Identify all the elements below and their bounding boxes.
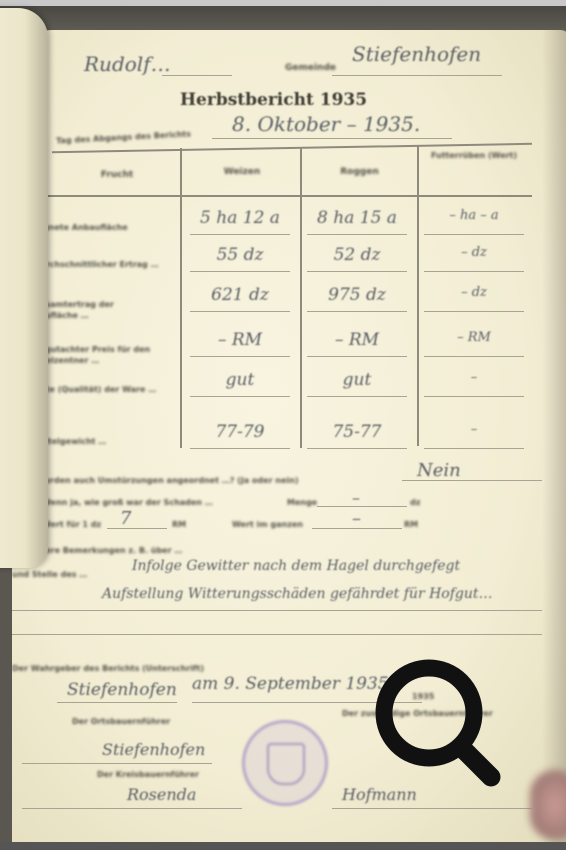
table-cell: 77-79 [190, 422, 290, 442]
question-7d-value: – [352, 508, 361, 529]
table-cell: – RM [190, 330, 290, 350]
table-cell: – RM [307, 330, 407, 350]
magnifier-icon[interactable] [369, 655, 509, 795]
table-cell: 52 dz [307, 245, 407, 265]
column-header-futter: Futterrüben (Wert) [424, 150, 524, 161]
table-cell: 55 dz [190, 245, 290, 265]
remarks-line-2: Aufstellung Witterungsschäden gefährdet … [102, 586, 493, 602]
question-7d-label: Wert im ganzen [232, 520, 303, 529]
role-ortsbauernfuehrer: Der Ortsbauernführer [72, 717, 170, 726]
table-cell: 8 ha 15 a [307, 208, 407, 228]
question-7b-value: – [352, 488, 360, 507]
question-7c-label: Wert für 1 dz [42, 520, 101, 529]
signature-date: am 9. September 1935 [192, 674, 389, 694]
remarks-line-1: Infolge Gewitter nach dem Hagel durchgef… [132, 558, 460, 574]
gemeinde-value: Stiefenhofen [352, 42, 481, 66]
table-cell: 975 dz [307, 285, 407, 305]
signature-place-label: Der Wahrgeber des Berichts (Unterschrift… [12, 664, 204, 673]
question-7d-unit: RM [404, 520, 418, 529]
question-7c-unit: RM [172, 520, 186, 529]
document-title: Herbstbericht 1935 [180, 90, 367, 110]
column-header-frucht: Frucht [62, 170, 172, 180]
date-value: 8. Oktober – 1935. [232, 112, 420, 136]
signature-1: Stiefenhofen [102, 740, 205, 759]
table-cell: 5 ha 12 a [190, 208, 290, 228]
column-header-weizen: Weizen [192, 167, 292, 177]
table-cell: 621 dz [190, 285, 290, 305]
table-cell: – dz [424, 245, 524, 260]
signature-2: Rosenda [127, 785, 196, 804]
question-7b-unit-label: Menge [287, 498, 317, 507]
question-7c-value: 7 [120, 508, 131, 529]
coat-of-arms-icon [267, 743, 305, 785]
column-header-roggen: Roggen [307, 167, 412, 177]
header-handwriting: Rudolf… [84, 52, 171, 76]
thumb [530, 770, 566, 840]
table-cell: – dz [424, 285, 524, 300]
bottom-edge [0, 842, 566, 850]
date-label: Tag des Abgangs des Berichts [56, 129, 191, 145]
table-cell: – [424, 370, 524, 385]
table-cell: gut [190, 370, 290, 390]
gemeinde-label: Gemeinde [285, 63, 336, 73]
left-page-edge [0, 8, 48, 568]
table-cell: – ha – a [424, 208, 524, 223]
role-kreisbauernfuehrer: Der Kreisbauernführer [97, 770, 199, 779]
table-cell: – RM [424, 330, 524, 345]
table-cell: 75-77 [307, 422, 407, 442]
official-stamp [242, 720, 328, 806]
remarks-prefix: und Stelle des … [12, 570, 87, 579]
table-cell: – [424, 422, 524, 437]
question-7-label: 7. Wurden auch Umstürzungen angeordnet …… [24, 476, 299, 485]
question-7-answer: Nein [417, 460, 461, 481]
question-7b-unit: dz [410, 498, 420, 507]
table-cell: gut [307, 370, 407, 390]
question-7b-label: Wenn ja, wie groß war der Schaden … [42, 498, 213, 507]
signature-place-value: Stiefenhofen [67, 680, 177, 700]
